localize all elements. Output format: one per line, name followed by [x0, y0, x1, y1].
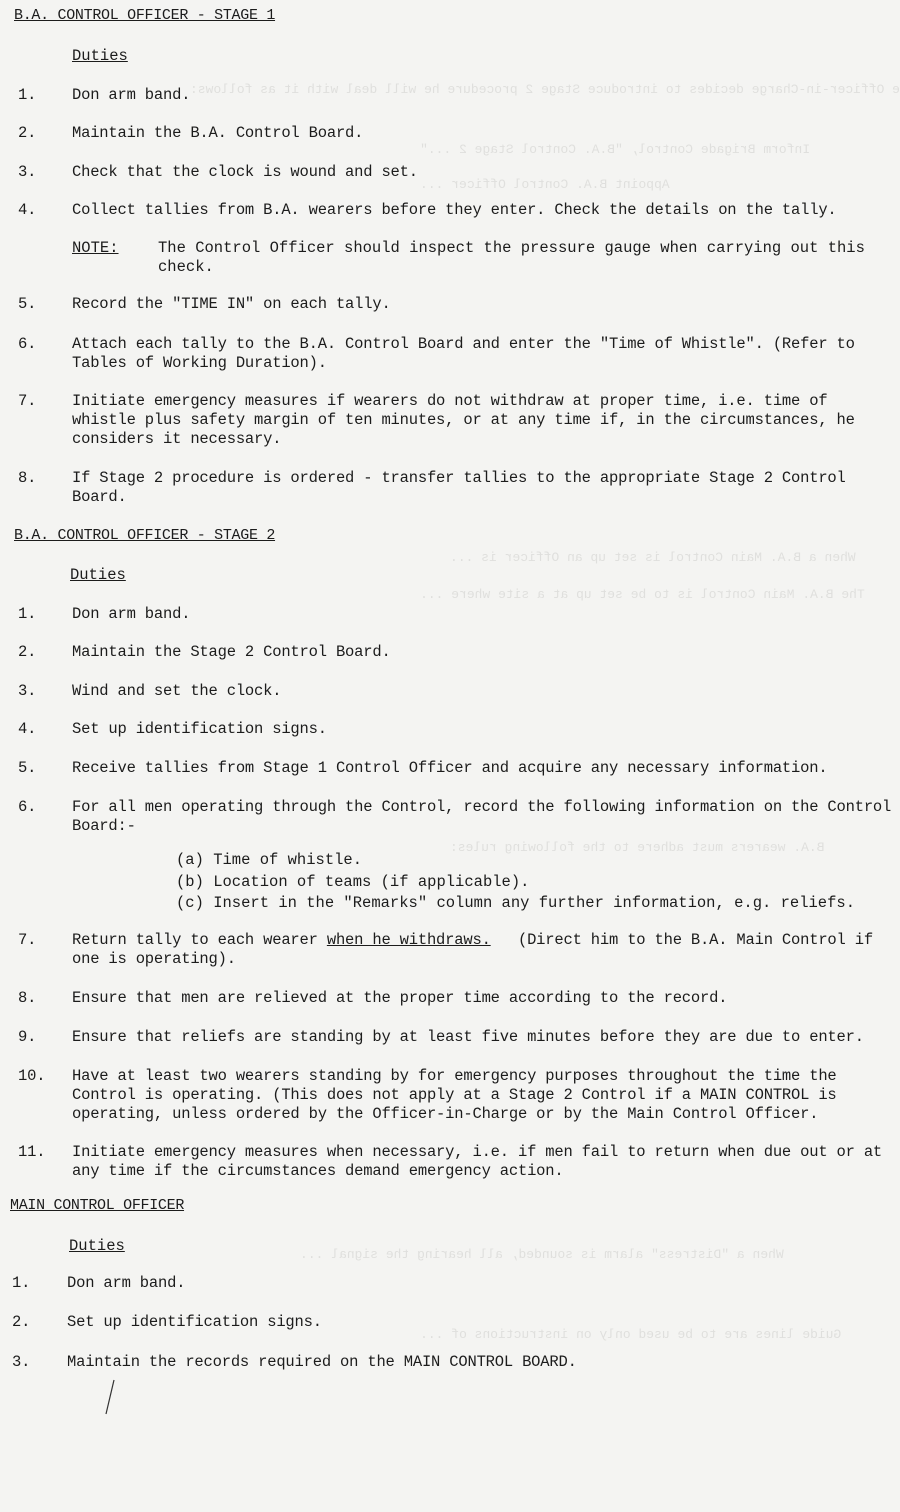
item-text: Don arm band.	[72, 86, 894, 105]
item-number: 8.	[18, 469, 68, 488]
note-label: NOTE:	[72, 239, 119, 258]
section-heading-stage2: B.A. CONTROL OFFICER - STAGE 2	[14, 527, 275, 544]
bleedthrough-line: Inform Brigade Control, "B.A. Control St…	[420, 140, 810, 160]
section-heading-main-control: MAIN CONTROL OFFICER	[10, 1197, 184, 1214]
item-number: 5.	[18, 295, 68, 314]
sub-item: (b) Location of teams (if applicable).	[176, 872, 529, 893]
item-text: Initiate emergency measures when necessa…	[72, 1143, 894, 1181]
item-number: 8.	[18, 989, 68, 1008]
item-text-part: Return tally to each wearer	[72, 931, 327, 949]
item-number: 10.	[18, 1067, 68, 1086]
pen-mark	[100, 1378, 120, 1418]
bleedthrough-line: When a "Distress" alarm is sounded, all …	[300, 1245, 784, 1265]
item-text: If Stage 2 procedure is ordered - transf…	[72, 469, 894, 507]
item-text: Attach each tally to the B.A. Control Bo…	[72, 335, 894, 373]
item-number: 3.	[12, 1353, 62, 1372]
item-number: 6.	[18, 798, 68, 817]
bleedthrough-line: When a B.A. Main Control is set up an Of…	[450, 548, 856, 568]
item-text: Initiate emergency measures if wearers d…	[72, 392, 894, 449]
item-text: Have at least two wearers standing by fo…	[72, 1067, 894, 1124]
item-text: Ensure that men are relieved at the prop…	[72, 989, 894, 1008]
document-page: When the Officer-in-Charge decides to in…	[0, 0, 900, 1512]
item-number: 7.	[18, 392, 68, 411]
item-number: 9.	[18, 1028, 68, 1047]
item-text: Don arm band.	[72, 605, 894, 624]
item-number: 2.	[18, 124, 68, 143]
duties-label: Duties	[72, 47, 128, 65]
item-text: Collect tallies from B.A. wearers before…	[72, 201, 894, 220]
item-number: 7.	[18, 931, 68, 950]
item-number: 3.	[18, 163, 68, 182]
item-text: Receive tallies from Stage 1 Control Off…	[72, 759, 894, 778]
item-number: 5.	[18, 759, 68, 778]
duties-label: Duties	[69, 1237, 125, 1255]
section-heading-stage1: B.A. CONTROL OFFICER - STAGE 1	[14, 7, 275, 24]
note-text: The Control Officer should inspect the p…	[158, 239, 894, 277]
item-number: 4.	[18, 720, 68, 739]
item-number: 1.	[18, 605, 68, 624]
item-text: Maintain the B.A. Control Board.	[72, 124, 894, 143]
item-text: Check that the clock is wound and set.	[72, 163, 894, 182]
item-text: Ensure that reliefs are standing by at l…	[72, 1028, 894, 1047]
bleedthrough-line: The B.A. Main Control is to be set up at…	[420, 585, 865, 605]
item-text: Don arm band.	[67, 1274, 889, 1293]
duties-label: Duties	[70, 566, 126, 584]
item-number: 11.	[18, 1143, 68, 1162]
underlined-phrase: when he withdraws.	[327, 931, 491, 949]
item-number: 1.	[12, 1274, 62, 1293]
item-text: Record the "TIME IN" on each tally.	[72, 295, 894, 314]
item-number: 6.	[18, 335, 68, 354]
item-number: 4.	[18, 201, 68, 220]
item-text: Maintain the records required on the MAI…	[67, 1353, 889, 1372]
sub-item: (a) Time of whistle.	[176, 850, 362, 871]
bleedthrough-line: B.A. wearers must adhere to the followin…	[450, 838, 824, 858]
item-text: Set up identification signs.	[72, 720, 894, 739]
item-number: 2.	[12, 1313, 62, 1332]
item-text: Return tally to each wearer when he with…	[72, 931, 894, 969]
sub-item: (c) Insert in the "Remarks" column any f…	[176, 893, 855, 914]
item-number: 3.	[18, 682, 68, 701]
item-number: 1.	[18, 86, 68, 105]
item-text: Wind and set the clock.	[72, 682, 894, 701]
item-text: Set up identification signs.	[67, 1313, 889, 1332]
item-text: Maintain the Stage 2 Control Board.	[72, 643, 894, 662]
item-number: 2.	[18, 643, 68, 662]
item-text: For all men operating through the Contro…	[72, 798, 894, 836]
